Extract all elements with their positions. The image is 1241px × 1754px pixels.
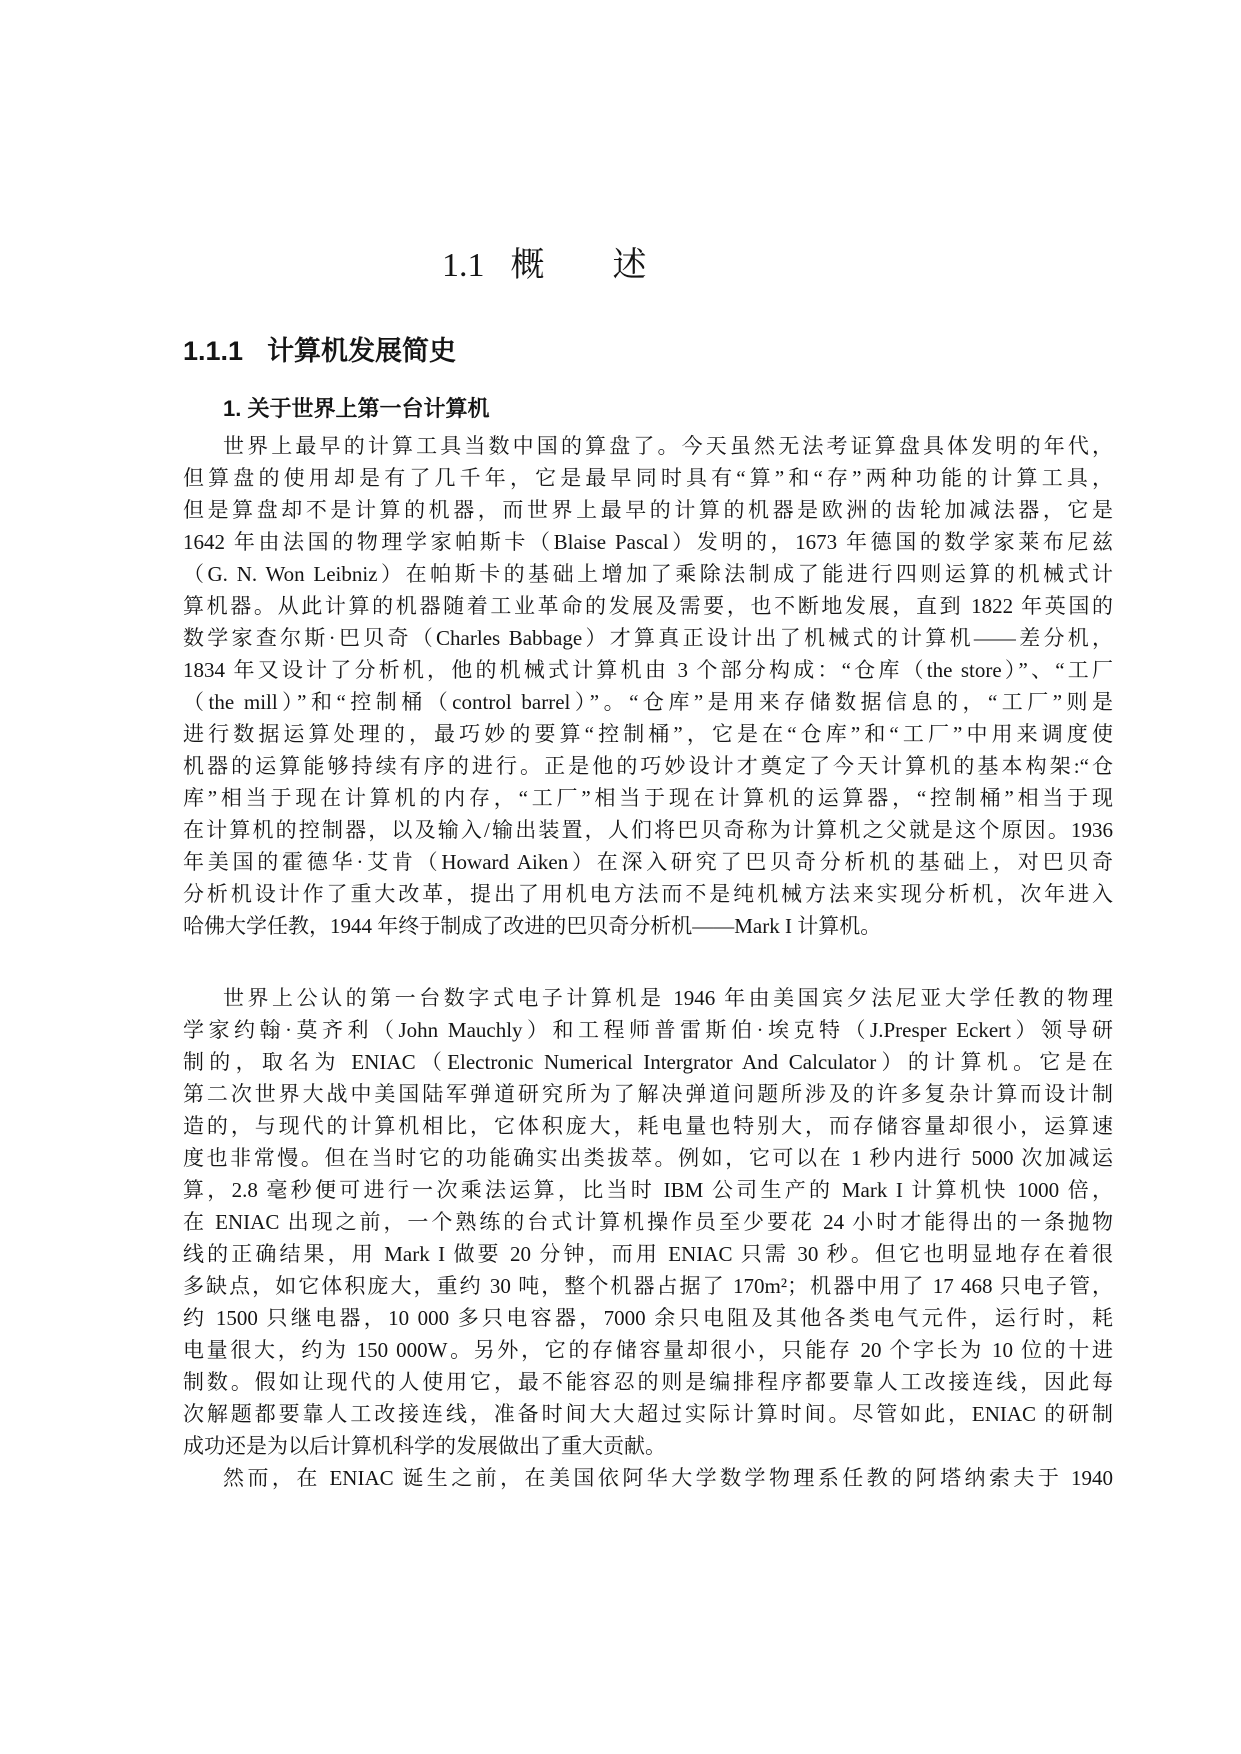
chapter-title-number: 1.1 bbox=[442, 247, 485, 284]
text-line: 造的，与现代的计算机相比，它体积庞大，耗电量也特别大，而存储容量却很小，运算速 bbox=[183, 1110, 1113, 1142]
text-line: 在计算机的控制器，以及输入/输出装置，人们将巴贝奇称为计算机之父就是这个原因。1… bbox=[183, 814, 1113, 846]
text-line: 世界上公认的第一台数字式电子计算机是 1946 年由美国宾夕法尼亚大学任教的物理 bbox=[183, 982, 1113, 1014]
text-line: 年美国的霍德华·艾肯（Howard Aiken）在深入研究了巴贝奇分析机的基础上… bbox=[183, 846, 1113, 878]
text-line: 制数。假如让现代的人使用它，最不能容忍的则是编排程序都要靠人工改接连线，因此每 bbox=[183, 1366, 1113, 1398]
paragraph: 然而，在 ENIAC 诞生之前，在美国依阿华大学数学物理系任教的阿塔纳索夫于 1… bbox=[183, 1462, 1113, 1494]
text-line: 次解题都要靠人工改接连线，准备时间大大超过实际计算时间。尽管如此，ENIAC 的… bbox=[183, 1398, 1113, 1430]
text-line: 但是算盘却不是计算的机器，而世界上最早的计算的机器是欧洲的齿轮加减法器，它是 bbox=[183, 494, 1113, 526]
text-line: （G. N. Won Leibniz）在帕斯卡的基础上增加了乘除法制成了能进行四… bbox=[183, 558, 1113, 590]
text-line: 1834 年又设计了分析机，他的机械式计算机由 3 个部分构成：“仓库（the … bbox=[183, 654, 1113, 686]
section-heading-text: 计算机发展简史 bbox=[267, 336, 456, 366]
text-line: 分析机设计作了重大改革，提出了用机电方法而不是纯机械方法来实现分析机，次年进入 bbox=[183, 878, 1113, 910]
text-line: 哈佛大学任教，1944 年终于制成了改进的巴贝奇分析机——Mark I 计算机。 bbox=[183, 910, 1113, 942]
text-line: 库”相当于现在计算机的内存，“工厂”相当于现在计算机的运算器，“控制桶”相当于现 bbox=[183, 782, 1113, 814]
text-line: 世界上最早的计算工具当数中国的算盘了。今天虽然无法考证算盘具体发明的年代， bbox=[183, 430, 1113, 462]
chapter-title: 1.1概 述 bbox=[442, 247, 1113, 285]
text-line: 进行数据运算处理的，最巧妙的要算“控制桶”，它是在“仓库”和“工厂”中用来调度使 bbox=[183, 718, 1113, 750]
text-line: 电量很大，约为 150 000W。另外，它的存储容量却很小，只能存 20 个字长… bbox=[183, 1334, 1113, 1366]
paragraph: 世界上最早的计算工具当数中国的算盘了。今天虽然无法考证算盘具体发明的年代，但算盘… bbox=[183, 430, 1113, 942]
text-line: 约 1500 只继电器，10 000 多只电容器，7000 余只电阻及其他各类电… bbox=[183, 1302, 1113, 1334]
section-heading: 1.1.1计算机发展简史 bbox=[183, 335, 1113, 367]
subsection-heading: 1. 关于世界上第一台计算机 bbox=[223, 395, 1113, 423]
text-line: 算，2.8 毫秒便可进行一次乘法运算，比当时 IBM 公司生产的 Mark I … bbox=[183, 1174, 1113, 1206]
text-line: 在 ENIAC 出现之前，一个熟练的台式计算机操作员至少要花 24 小时才能得出… bbox=[183, 1206, 1113, 1238]
text-line: 但算盘的使用却是有了几千年，它是最早同时具有“算”和“存”两种功能的计算工具， bbox=[183, 462, 1113, 494]
section-heading-number: 1.1.1 bbox=[183, 336, 243, 366]
text-line: 度也非常慢。但在当时它的功能确实出类拔萃。例如，它可以在 1 秒内进行 5000… bbox=[183, 1142, 1113, 1174]
text-line: 算机器。从此计算的机器随着工业革命的发展及需要，也不断地发展，直到 1822 年… bbox=[183, 590, 1113, 622]
text-line: 数学家查尔斯·巴贝奇（Charles Babbage）才算真正设计出了机械式的计… bbox=[183, 622, 1113, 654]
text-line: 制的，取名为 ENIAC（Electronic Numerical Interg… bbox=[183, 1046, 1113, 1078]
text-line: 线的正确结果，用 Mark I 做要 20 分钟，而用 ENIAC 只需 30 … bbox=[183, 1238, 1113, 1270]
text-line: 成功还是为以后计算机科学的发展做出了重大贡献。 bbox=[183, 1430, 1113, 1462]
document-page: 1.1概 述 1.1.1计算机发展简史 1. 关于世界上第一台计算机 世界上最早… bbox=[0, 0, 1241, 1754]
text-line: 然而，在 ENIAC 诞生之前，在美国依阿华大学数学物理系任教的阿塔纳索夫于 1… bbox=[183, 1462, 1113, 1494]
chapter-title-text: 概 述 bbox=[511, 247, 647, 284]
paragraph: 世界上公认的第一台数字式电子计算机是 1946 年由美国宾夕法尼亚大学任教的物理… bbox=[183, 982, 1113, 1462]
text-line: （the mill）”和“控制桶（control barrel）”。“仓库”是用… bbox=[183, 686, 1113, 718]
text-line: 第二次世界大战中美国陆军弹道研究所为了解决弹道问题所涉及的许多复杂计算而设计制 bbox=[183, 1078, 1113, 1110]
text-line: 学家约翰·莫齐利（John Mauchly）和工程师普雷斯伯·埃克特（J.Pre… bbox=[183, 1014, 1113, 1046]
text-line: 机器的运算能够持续有序的进行。正是他的巧妙设计才奠定了今天计算机的基本构架:“仓 bbox=[183, 750, 1113, 782]
body-text: 世界上最早的计算工具当数中国的算盘了。今天虽然无法考证算盘具体发明的年代，但算盘… bbox=[183, 430, 1113, 1494]
text-line: 1642 年由法国的物理学家帕斯卡（Blaise Pascal）发明的，1673… bbox=[183, 526, 1113, 558]
text-line: 多缺点，如它体积庞大，重约 30 吨，整个机器占据了 170m²；机器中用了 1… bbox=[183, 1270, 1113, 1302]
